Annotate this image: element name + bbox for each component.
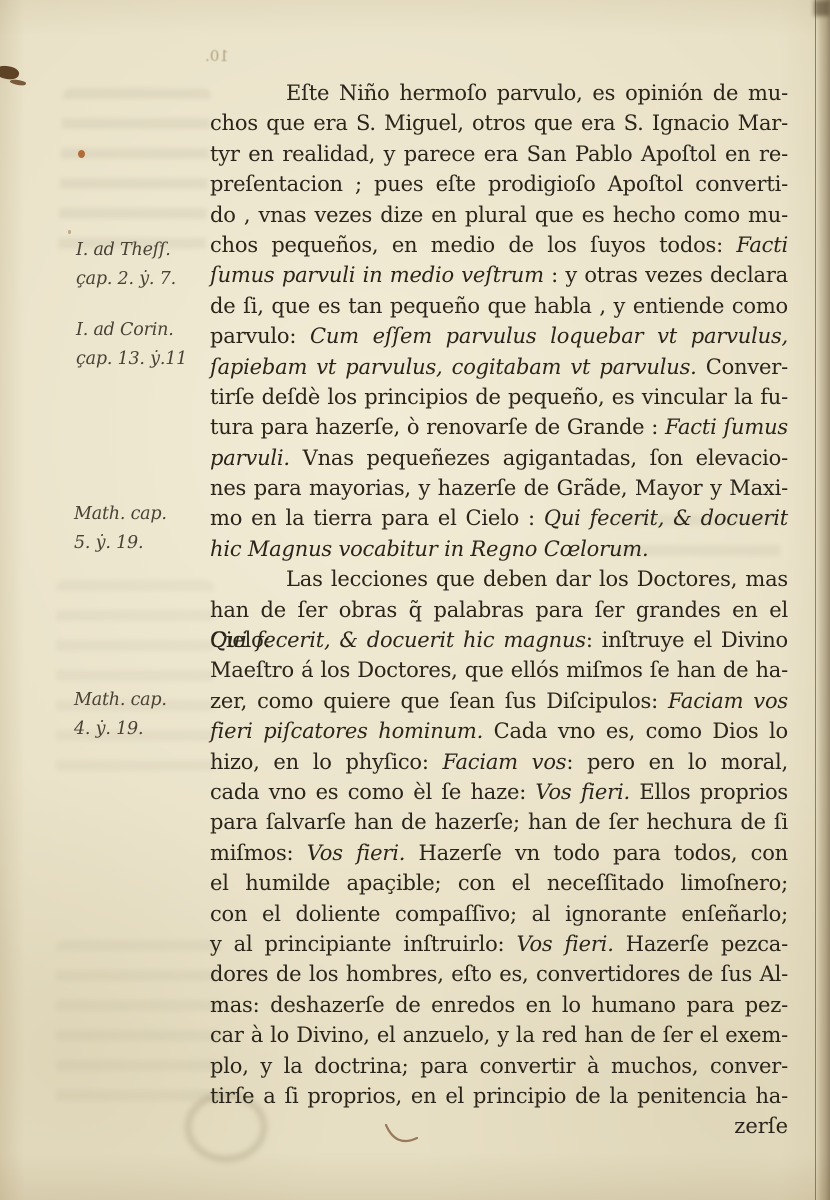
text-segment: mas: deshazerſe de enredos en lo humano … [210, 993, 788, 1017]
text-segment: dores de los hombres, eſto es, convertid… [210, 962, 788, 986]
text-segment: : inſtruye el Divino [586, 628, 788, 652]
text-line: y al principiante inſtruirlo: Vos fieri.… [210, 929, 788, 959]
text-line: parvuli. Vnas pequeñezes agigantadas, ſo… [210, 443, 788, 473]
text-segment: cada vno es como èl ſe haze: [210, 780, 535, 804]
text-line: Las lecciones que deben dar los Doctores… [210, 564, 788, 594]
text-segment: chos pequeños, en medio de los ſuyos tod… [210, 233, 736, 257]
text-line: tirſe deſdè los principios de pequeño, e… [210, 382, 788, 412]
latin-quote-segment: Vos fieri. [535, 780, 630, 804]
text-segment: chos que era S. Miguel, otros que era S.… [210, 111, 788, 135]
text-line: chos que era S. Miguel, otros que era S.… [210, 108, 788, 138]
text-segment: y al principiante inſtruirlo: [210, 932, 516, 956]
text-line: car à lo Divino, el anzuelo, y la red ha… [210, 1020, 788, 1050]
book-page: { "colors": { "paper": "#e7dfc4", "ink":… [0, 0, 830, 1200]
latin-quote-segment: Vos fieri. [307, 841, 406, 865]
text-segment: miſmos: [210, 841, 307, 865]
margin-note-corinthians: I. ad Corin. çap. 13. ẏ.11 [76, 316, 226, 374]
text-segment: Cada vno es, como Dios lo [483, 719, 788, 743]
text-segment: Eſte Niño hermoſo parvulo, es opinión de… [286, 81, 788, 105]
latin-quote-segment: parvuli. [210, 446, 290, 470]
latin-quote-segment: Faciam vos [443, 750, 567, 774]
latin-quote-segment: Facti [736, 233, 788, 257]
margin-note-thessalonians: I. ad Theſſ. çap. 2. ẏ. 7. [76, 236, 226, 294]
latin-quote-segment: Qui fecerit, & docuerit [544, 506, 788, 530]
text-line: cada vno es como èl ſe haze: Vos fieri. … [210, 777, 788, 807]
text-segment: preſentacion ; pues eſte prodigioſo Apoſ… [210, 172, 788, 196]
text-segment: el humilde apaçible; con el neceſſitado … [210, 871, 788, 895]
text-segment: tura para hazerſe, ò renovarſe de Grande… [210, 415, 665, 439]
margin-note-line: I. ad Theſſ. [76, 236, 226, 265]
text-line: nes para mayorias, y hazerſe de Grãde, M… [210, 473, 788, 503]
text-line: Maeſtro á los Doctores, que ellós miſmos… [210, 655, 788, 685]
text-line: hic Magnus vocabitur in Regno Cœlorum. [210, 534, 788, 564]
margin-note-line: Math. cap. [74, 500, 224, 529]
rust-speck [78, 150, 85, 158]
text-line: dores de los hombres, eſto es, convertid… [210, 959, 788, 989]
text-segment: para ſalvarſe han de hazerſe; han de ſer… [210, 810, 788, 834]
latin-quote-segment: Facti ſumus [665, 415, 788, 439]
text-segment: mo en la tierra para el Cielo : [210, 506, 544, 530]
text-line: tirſe a ſi proprios, en el principio de … [210, 1081, 788, 1111]
margin-note-line: çap. 2. ẏ. 7. [76, 265, 226, 294]
text-segment: : pero en lo moral, [566, 750, 788, 774]
text-line: tura para hazerſe, ò renovarſe de Grande… [210, 412, 788, 442]
show-through-text-smudge [56, 940, 221, 1105]
text-line: zer, como quiere que ſean ſus Diſcipulos… [210, 686, 788, 716]
page-edge-shadow [815, 0, 830, 1200]
text-segment: tirſe deſdè los principios de pequeño, e… [210, 385, 788, 409]
margin-note-line: Math. cap. [74, 686, 224, 715]
catchword: zerſe [210, 1111, 788, 1141]
text-line: preſentacion ; pues eſte prodigioſo Apoſ… [210, 169, 788, 199]
latin-quote-segment: Vos fieri. [516, 932, 613, 956]
ink-blot [0, 63, 20, 81]
text-segment: : y otras vezes declara [544, 263, 788, 287]
pen-stroke-mark [383, 1122, 423, 1156]
text-line: con el doliente compaſſivo; al ignorante… [210, 899, 788, 929]
text-segment: de ſi, que es tan pequeño que habla , y … [210, 294, 788, 318]
text-segment: Ellos proprios [630, 780, 788, 804]
text-line: mo en la tierra para el Cielo : Qui fece… [210, 503, 788, 533]
text-line: Eſte Niño hermoſo parvulo, es opinión de… [210, 78, 788, 108]
text-segment: car à lo Divino, el anzuelo, y la red ha… [210, 1023, 788, 1047]
page-edge-corner-shadow [814, 0, 830, 16]
margin-note-matthew-5: Math. cap. 5. ẏ. 19. [74, 500, 224, 558]
text-segment: Las lecciones que deben dar los Doctores… [286, 567, 788, 591]
text-line: chos pequeños, en medio de los ſuyos tod… [210, 230, 788, 260]
text-line: ſapiebam vt parvulus, cogitabam vt parvu… [210, 352, 788, 382]
text-segment: con el doliente compaſſivo; al ignorante… [210, 902, 788, 926]
text-line: Qui fecerit, & docuerit hic magnus: inſt… [210, 625, 788, 655]
text-line: tyr en realidad, y parece era San Pablo … [210, 139, 788, 169]
text-line: do , vnas vezes dize en plural que es he… [210, 200, 788, 230]
margin-note-line: 4. ẏ. 19. [74, 715, 224, 744]
text-line: para ſalvarſe han de hazerſe; han de ſer… [210, 807, 788, 837]
text-line: han de ſer obras q̃ palabras para ſer gr… [210, 595, 788, 625]
text-segment: zer, como quiere que ſean ſus Diſcipulos… [210, 689, 668, 713]
latin-quote-segment: Qui fecerit, & docuerit hic magnus [210, 628, 586, 652]
text-line: el humilde apaçible; con el neceſſitado … [210, 868, 788, 898]
text-line: fieri piſcatores hominum. Cada vno es, c… [210, 716, 788, 746]
show-through-text-smudge [56, 580, 214, 780]
latin-quote-segment: Cum eſſem parvulus loquebar vt parvulus, [310, 324, 788, 348]
text-line: mas: deshazerſe de enredos en lo humano … [210, 990, 788, 1020]
latin-quote-segment: Faciam vos [668, 689, 788, 713]
margin-note-line: I. ad Corin. [76, 316, 226, 345]
latin-quote-segment: ſumus parvuli in medio veſtrum [210, 263, 544, 287]
text-segment: Conver- [697, 355, 788, 379]
text-segment: hizo, en lo phyſico: [210, 750, 443, 774]
text-segment: nes para mayorias, y hazerſe de Grãde, M… [210, 476, 788, 500]
text-segment: Hazerſe pezca- [614, 932, 788, 956]
latin-quote-segment: ſapiebam vt parvulus, cogitabam vt parvu… [210, 355, 697, 379]
margin-note-line: çap. 13. ẏ.11 [76, 345, 226, 374]
text-segment: parvulo: [210, 324, 310, 348]
latin-quote-segment: hic Magnus vocabitur in Regno Cœlorum. [210, 537, 648, 561]
text-segment: do , vnas vezes dize en plural que es he… [210, 203, 788, 227]
text-segment: Hazerſe vn todo para todos, con [405, 841, 788, 865]
text-line: parvulo: Cum eſſem parvulus loquebar vt … [210, 321, 788, 351]
text-segment: plo, y la doctrina; para convertir à muc… [210, 1054, 788, 1078]
text-line: ſumus parvuli in medio veſtrum : y otras… [210, 260, 788, 290]
text-block: Eſte Niño hermoſo parvulo, es opinión de… [210, 78, 788, 1111]
text-segment: Maeſtro á los Doctores, que ellós miſmos… [210, 658, 788, 682]
text-line: de ſi, que es tan pequeño que habla , y … [210, 291, 788, 321]
text-segment: Vnas pequeñezes agigantadas, ſon elevaci… [290, 446, 788, 470]
text-line: hizo, en lo phyſico: Faciam vos: pero en… [210, 747, 788, 777]
text-segment: tirſe a ſi proprios, en el principio de … [210, 1084, 788, 1108]
latin-quote-segment: fieri piſcatores hominum. [210, 719, 483, 743]
margin-note-matthew-4: Math. cap. 4. ẏ. 19. [74, 686, 224, 744]
text-segment: tyr en realidad, y parece era San Pablo … [210, 142, 788, 166]
text-line: miſmos: Vos fieri. Hazerſe vn todo para … [210, 838, 788, 868]
text-line: plo, y la doctrina; para convertir à muc… [210, 1051, 788, 1081]
show-through-page-number: 10. [205, 47, 229, 65]
margin-note-line: 5. ẏ. 19. [74, 529, 224, 558]
